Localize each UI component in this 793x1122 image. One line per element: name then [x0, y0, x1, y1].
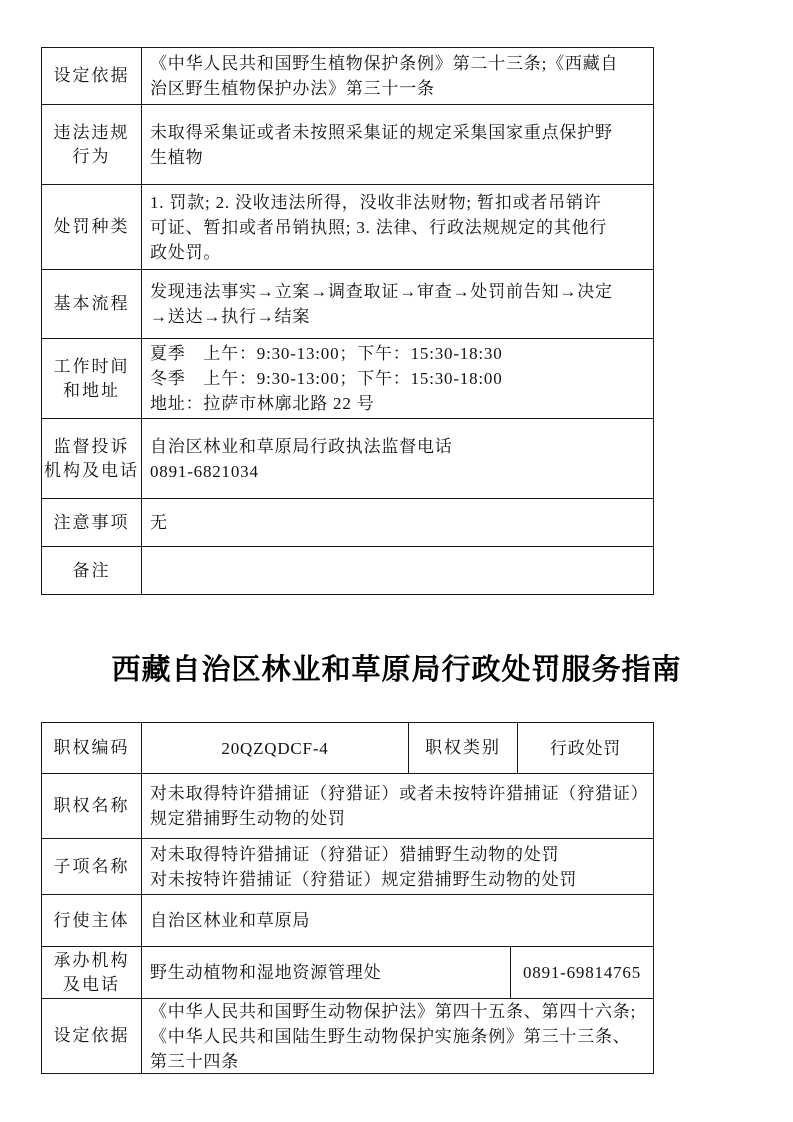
row-label: 注意事项 [42, 499, 141, 546]
table-row: 注意事项 无 [42, 498, 653, 546]
table-row: 基本流程 发现违法事实→立案→调查取证→审查→处罚前告知→决定 →送达→执行→结… [42, 269, 653, 338]
contact-phone: 0891-69814765 [510, 947, 653, 998]
table-row: 设定依据 《中华人民共和国野生动物保护法》第四十五条、第四十六条; 《中华人民共… [42, 998, 653, 1073]
row-label: 设定依据 [42, 999, 141, 1073]
table-row: 违法违规 行为 未取得采集证或者未按照采集证的规定采集国家重点保护野 生植物 [42, 104, 653, 184]
authority-category: 行政处罚 [517, 723, 653, 773]
table-row: 子项名称 对未取得特许猎捕证（狩猎证）猎捕野生动物的处罚 对未按特许猎捕证（狩猎… [42, 838, 653, 894]
row-label: 职权类别 [408, 723, 517, 773]
service-guide-table: 职权编码 20QZQDCF-4 职权类别 行政处罚 职权名称 对未取得特许猎捕证… [41, 722, 654, 1074]
row-value: 对未取得特许猎捕证（狩猎证）猎捕野生动物的处罚 对未按特许猎捕证（狩猎证）规定猎… [141, 839, 653, 894]
row-label: 职权名称 [42, 774, 141, 838]
row-label: 行使主体 [42, 895, 141, 946]
row-value: 《中华人民共和国野生动物保护法》第四十五条、第四十六条; 《中华人民共和国陆生野… [141, 999, 653, 1073]
table-row: 处罚种类 1. 罚款; 2. 没收违法所得，没收非法财物; 暂扣或者吊销许 可证… [42, 184, 653, 269]
row-value: 《中华人民共和国野生植物保护条例》第二十三条;《西藏自 治区野生植物保护办法》第… [141, 48, 653, 104]
table-row: 备注 [42, 546, 653, 594]
page-title: 西藏自治区林业和草原局行政处罚服务指南 [0, 645, 793, 695]
row-label: 工作时间 和地址 [42, 339, 141, 418]
table-row: 工作时间 和地址 夏季 上午：9:30-13:00；下午：15:30-18:30… [42, 338, 653, 418]
row-value: 1. 罚款; 2. 没收违法所得，没收非法财物; 暂扣或者吊销许 可证、暂扣或者… [141, 185, 653, 269]
row-value: 自治区林业和草原局 [141, 895, 653, 946]
row-value: 未取得采集证或者未按照采集证的规定采集国家重点保护野 生植物 [141, 105, 653, 184]
table-row: 设定依据 《中华人民共和国野生植物保护条例》第二十三条;《西藏自 治区野生植物保… [42, 48, 653, 104]
document-page: 设定依据 《中华人民共和国野生植物保护条例》第二十三条;《西藏自 治区野生植物保… [0, 0, 793, 1122]
row-value: 自治区林业和草原局行政执法监督电话 0891-6821034 [141, 419, 653, 498]
table-row: 监督投诉 机构及电话 自治区林业和草原局行政执法监督电话 0891-682103… [42, 418, 653, 498]
row-label: 职权编码 [42, 723, 141, 773]
row-value: 夏季 上午：9:30-13:00；下午：15:30-18:30 冬季 上午：9:… [141, 339, 653, 418]
row-label: 承办机构 及电话 [42, 947, 141, 998]
row-label: 子项名称 [42, 839, 141, 894]
row-label: 设定依据 [42, 48, 141, 104]
contact-org: 野生动植物和湿地资源管理处 [141, 947, 510, 998]
table-contact-row: 承办机构 及电话 野生动植物和湿地资源管理处 0891-69814765 [42, 946, 653, 998]
authority-code: 20QZQDCF-4 [141, 723, 408, 773]
penalty-info-table: 设定依据 《中华人民共和国野生植物保护条例》第二十三条;《西藏自 治区野生植物保… [41, 47, 654, 595]
row-label: 监督投诉 机构及电话 [42, 419, 141, 498]
row-label: 备注 [42, 547, 141, 594]
row-label: 违法违规 行为 [42, 105, 141, 184]
row-value: 发现违法事实→立案→调查取证→审查→处罚前告知→决定 →送达→执行→结案 [141, 270, 653, 338]
row-value: 无 [141, 499, 653, 546]
row-value [141, 547, 653, 594]
table-row: 行使主体 自治区林业和草原局 [42, 894, 653, 946]
row-value: 对未取得特许猎捕证（狩猎证）或者未按特许猎捕证（狩猎证） 规定猎捕野生动物的处罚 [141, 774, 653, 838]
table-header-row: 职权编码 20QZQDCF-4 职权类别 行政处罚 [42, 723, 653, 773]
row-label: 处罚种类 [42, 185, 141, 269]
table-row: 职权名称 对未取得特许猎捕证（狩猎证）或者未按特许猎捕证（狩猎证） 规定猎捕野生… [42, 773, 653, 838]
row-label: 基本流程 [42, 270, 141, 338]
